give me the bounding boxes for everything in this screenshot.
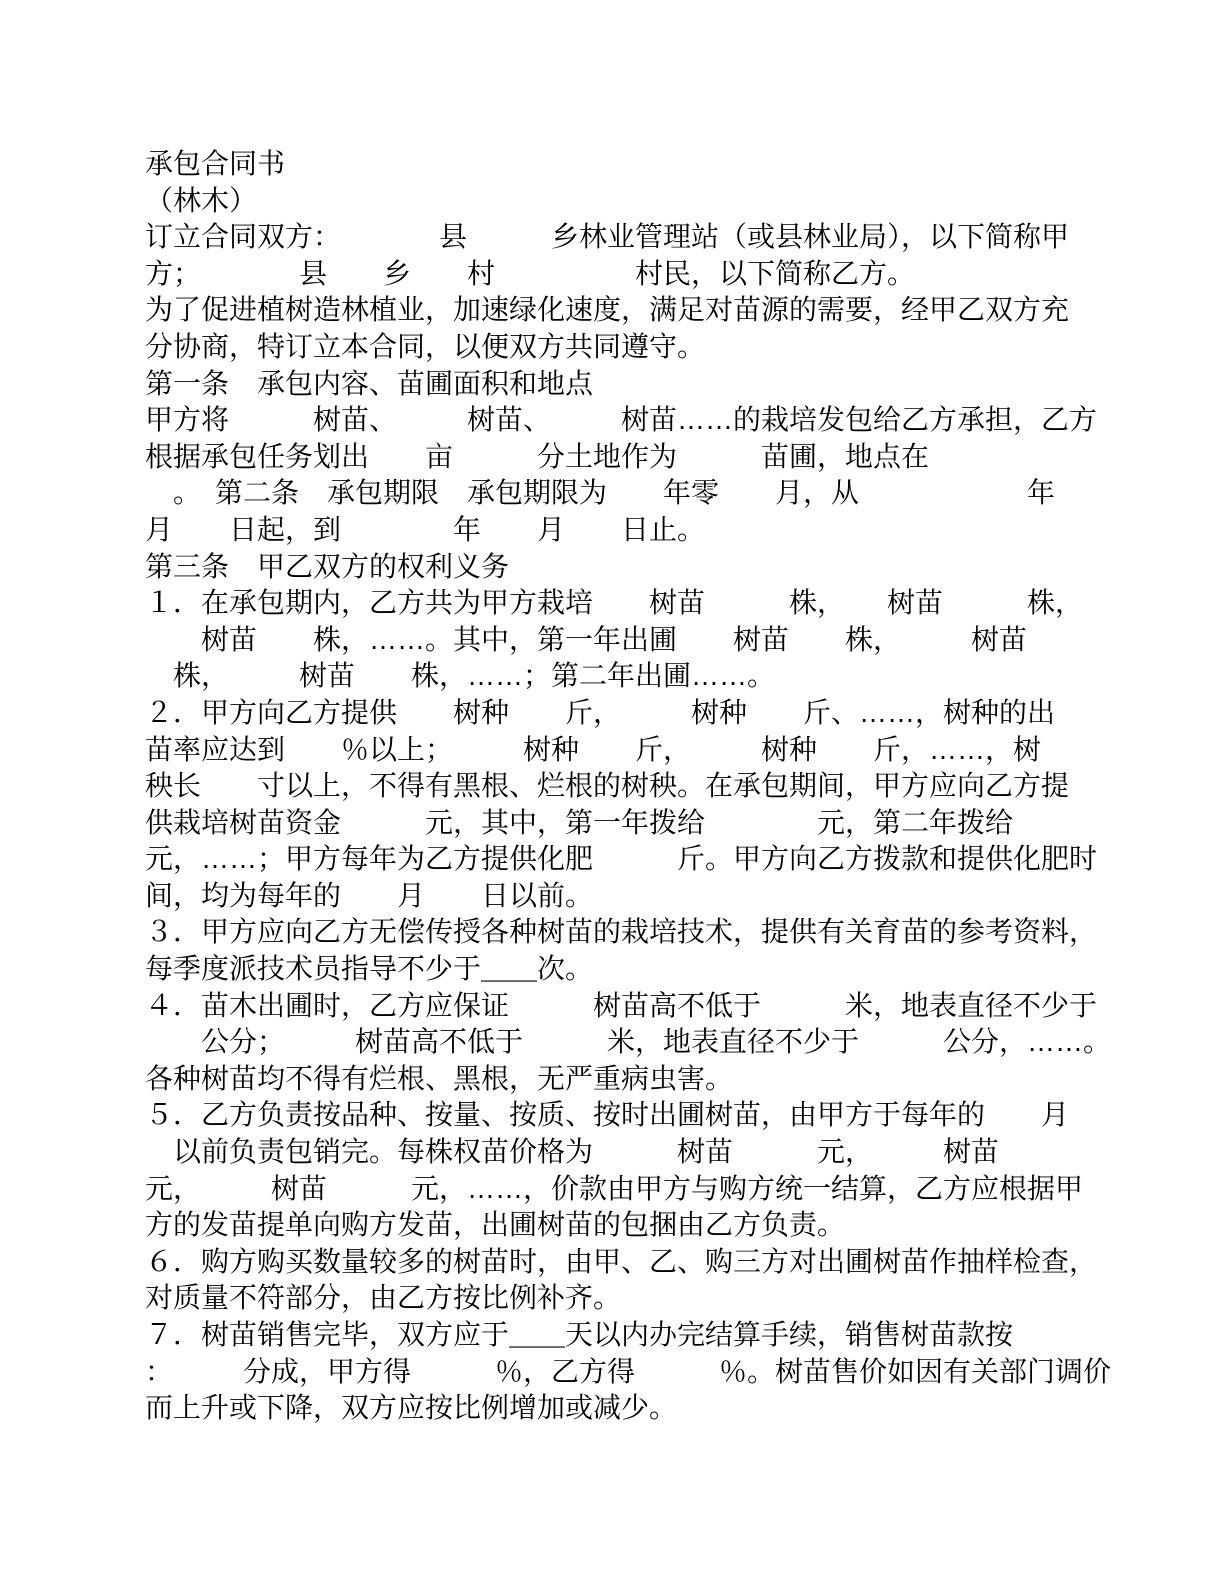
document-line: ２．甲方向乙方提供 树种 斤， 树种 斤、……，树种的出	[145, 695, 1106, 732]
document-line: 方； 县 乡 村 村民，以下简称乙方。	[145, 256, 1106, 293]
document-line: 间，均为每年的 月 日以前。	[145, 878, 1106, 915]
document-line: ５．乙方负责按品种、按量、按质、按时出圃树苗，由甲方于每年的 月	[145, 1097, 1106, 1134]
document-line: 公分； 树苗高不低于 米，地表直径不少于 公分，……。	[145, 1024, 1106, 1061]
document-title: 承包合同书	[145, 146, 1106, 183]
document-line: 对质量不符部分，由乙方按比例补齐。	[145, 1280, 1106, 1317]
document-line: 每季度派技术员指导不少于＿＿次。	[145, 951, 1106, 988]
document-line: 元， 树苗 元，……，价款由甲方与购方统一结算，乙方应根据甲	[145, 1171, 1106, 1208]
contract-document-page: 承包合同书 （林木） 订立合同双方： 县 乡林业管理站（或县林业局），以下简称甲…	[0, 0, 1224, 1584]
document-line: 以前负责包销完。每株权苗价格为 树苗 元， 树苗	[145, 1134, 1106, 1171]
document-line: 元，……；甲方每年为乙方提供化肥 斤。甲方向乙方拨款和提供化肥时	[145, 841, 1106, 878]
document-line: ： 分成，甲方得 ％，乙方得 ％。树苗售价如因有关部门调价	[145, 1354, 1106, 1391]
document-line: ３．甲方应向乙方无偿传授各种树苗的栽培技术，提供有关育苗的参考资料，	[145, 914, 1106, 951]
document-subtitle: （林木）	[145, 183, 1106, 220]
document-line: 苗率应达到 ％以上； 树种 斤， 树种 斤，……，树	[145, 732, 1106, 769]
document-body: 订立合同双方： 县 乡林业管理站（或县林业局），以下简称甲方； 县 乡 村 村民…	[145, 219, 1106, 1427]
document-line: 株， 树苗 株，……；第二年出圃……。	[145, 658, 1106, 695]
document-line: ６．购方购买数量较多的树苗时，由甲、乙、购三方对出圃树苗作抽样检查，	[145, 1244, 1106, 1281]
document-line: ４．苗木出圃时，乙方应保证 树苗高不低于 米，地表直径不少于	[145, 988, 1106, 1025]
document-line: 而上升或下降，双方应按比例增加或减少。	[145, 1390, 1106, 1427]
document-line: 第一条 承包内容、苗圃面积和地点	[145, 366, 1106, 403]
document-line: 供栽培树苗资金 元，其中，第一年拨给 元，第二年拨给	[145, 805, 1106, 842]
document-line: 第三条 甲乙双方的权利义务	[145, 549, 1106, 586]
document-line: 甲方将 树苗、 树苗、 树苗……的栽培发包给乙方承担，乙方	[145, 402, 1106, 439]
document-line: 树苗 株，……。其中，第一年出圃 树苗 株， 树苗	[145, 622, 1106, 659]
document-line: 分协商，特订立本合同，以便双方共同遵守。	[145, 329, 1106, 366]
document-line: 月 日起，到 年 月 日止。	[145, 512, 1106, 549]
document-line: ７．树苗销售完毕，双方应于＿＿天以内办完结算手续，销售树苗款按	[145, 1317, 1106, 1354]
document-line: 秧长 寸以上，不得有黑根、烂根的树秧。在承包期间，甲方应向乙方提	[145, 768, 1106, 805]
document-line: 。 第二条 承包期限 承包期限为 年零 月，从 年	[145, 475, 1106, 512]
document-line: 为了促进植树造林植业，加速绿化速度，满足对苗源的需要，经甲乙双方充	[145, 292, 1106, 329]
document-line: 各种树苗均不得有烂根、黑根，无严重病虫害。	[145, 1061, 1106, 1098]
document-line: 方的发苗提单向购方发苗，出圃树苗的包捆由乙方负责。	[145, 1207, 1106, 1244]
document-line: 根据承包任务划出 亩 分土地作为 苗圃，地点在	[145, 439, 1106, 476]
document-line: １．在承包期内，乙方共为甲方栽培 树苗 株， 树苗 株，	[145, 585, 1106, 622]
document-line: 订立合同双方： 县 乡林业管理站（或县林业局），以下简称甲	[145, 219, 1106, 256]
